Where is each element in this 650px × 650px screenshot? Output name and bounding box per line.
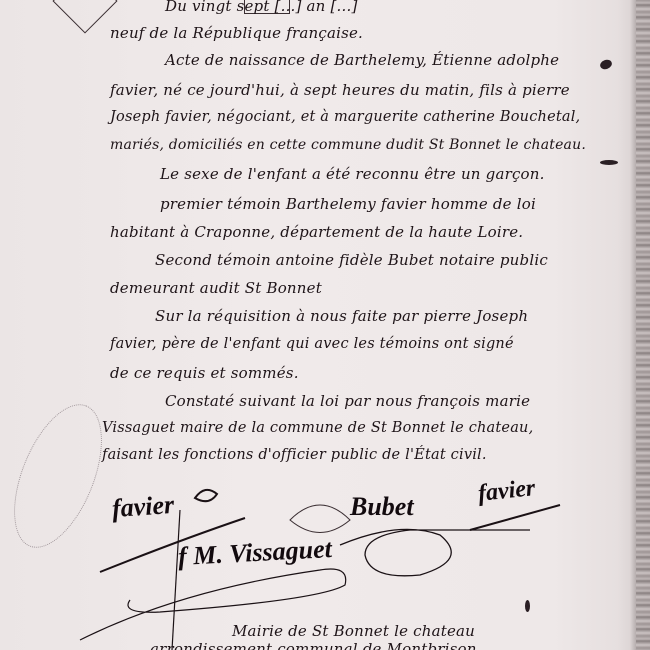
torn-page-edge	[636, 0, 650, 650]
ink-blot	[600, 160, 618, 165]
document-page: Du vingt sept [...] an [...] neuf de la …	[0, 0, 650, 650]
footer-mairie: Mairie de St Bonnet le chateau	[232, 622, 475, 640]
ink-blot	[525, 600, 530, 612]
footer-arrondissement: arrondissement communal de Montbrison	[150, 640, 477, 650]
signature-flourishes	[0, 0, 650, 650]
